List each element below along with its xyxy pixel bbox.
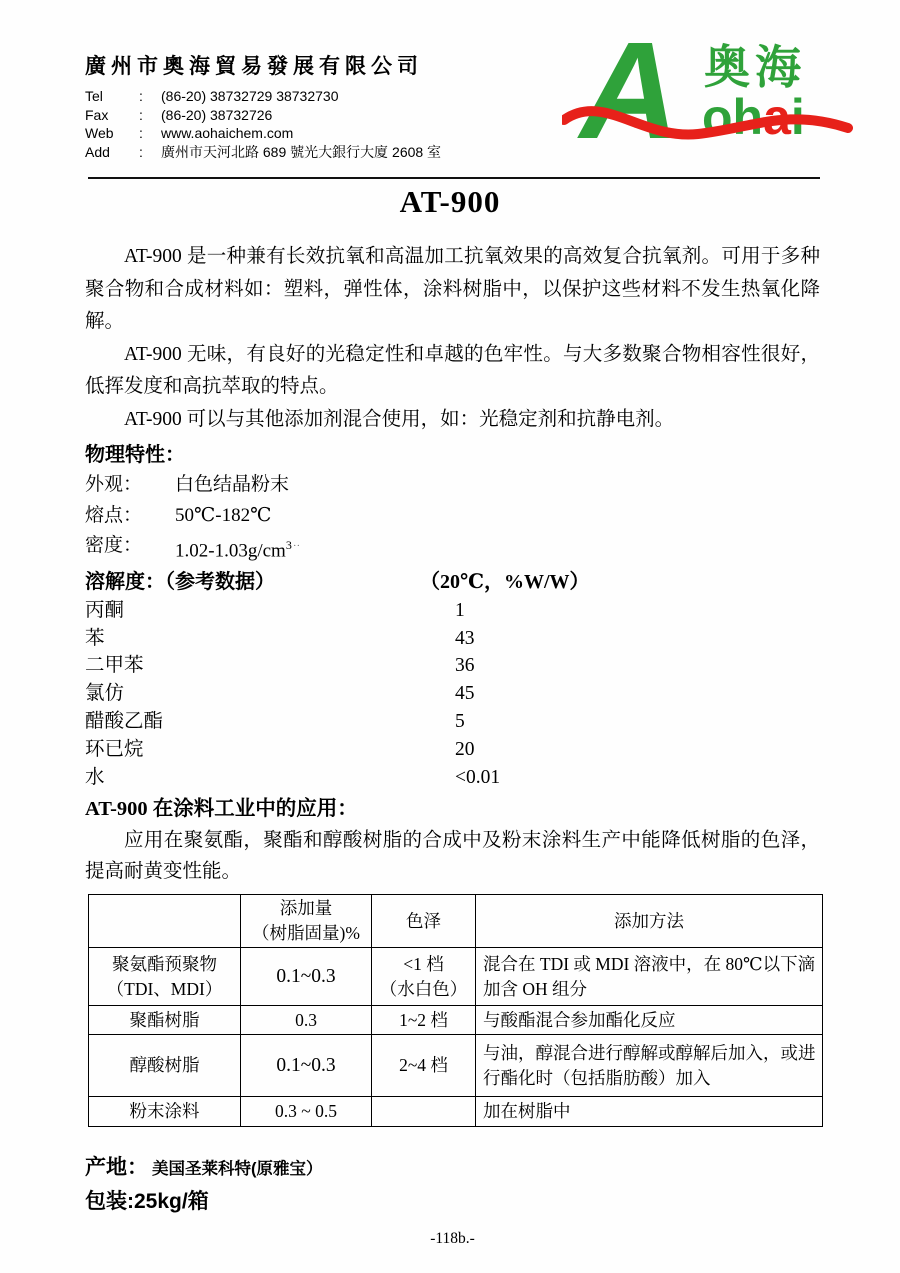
solubility-value: <0.01: [455, 764, 500, 792]
header-cell-empty: [89, 895, 241, 948]
property-row-appearance: 外观： 白色结晶粉末: [85, 470, 820, 501]
cell-amount: 0.1~0.3: [241, 1035, 372, 1097]
table-row-alkyd: 醇酸树脂 0.1~0.3 2~4 档 与油，醇混合进行醇解或醇解后加入，或进行酯…: [89, 1035, 823, 1097]
header-cell-color: 色泽: [372, 895, 476, 948]
fax-colon: :: [139, 106, 161, 125]
swoosh-icon: [562, 90, 862, 160]
cell-method: 混合在 TDI 或 MDI 溶液中，在 80℃以下滴加含 OH 组分: [476, 948, 823, 1006]
melting-point-label: 熔点：: [85, 501, 175, 532]
cell-amount: 0.1~0.3: [241, 948, 372, 1006]
solubility-heading: 溶解度：（参考数据）: [85, 567, 420, 597]
application-table: 添加量 （树脂固量)% 色泽 添加方法 聚氨酯预聚物 （TDI、MDI） 0.1…: [88, 894, 823, 1127]
table-header-row: 添加量 （树脂固量)% 色泽 添加方法: [89, 895, 823, 948]
application-paragraph: 应用在聚氨酯，聚酯和醇酸树脂的合成中及粉末涂料生产中能降低树脂的色泽，提高耐黄变…: [85, 825, 820, 887]
address-label: Add: [85, 143, 139, 162]
origin-value: 美国圣莱科特(原雅宝）: [152, 1155, 323, 1179]
company-logo: A 奥海 ohai: [582, 48, 840, 170]
cell-resin-name: 粉末涂料: [89, 1097, 241, 1127]
appearance-value: 白色结晶粉末: [175, 470, 289, 501]
logo-chinese-text: 奥海: [704, 44, 806, 90]
solvent-name: 丙酮: [85, 597, 455, 625]
address-value: 廣州市天河北路 689 號光大銀行大廈 2608 室: [161, 143, 441, 162]
letterhead: 廣州市奧海貿易發展有限公司 Tel : (86-20) 38732729 387…: [0, 0, 900, 161]
page-number: -118b.-: [85, 1230, 820, 1248]
solubility-value: 43: [455, 625, 475, 653]
solubility-row-benzene: 苯 43: [85, 625, 820, 653]
document-body: AT-900 是一种兼有长效抗氧和高温加工抗氧效果的高效复合抗氧剂。可用于多种聚…: [0, 241, 900, 1248]
cell-resin-name: 聚氨酯预聚物 （TDI、MDI）: [89, 948, 241, 1006]
table-row-polyester: 聚酯树脂 0.3 1~2 档 与酸酯混合参加酯化反应: [89, 1006, 823, 1035]
solvent-name: 苯: [85, 625, 455, 653]
cell-color: <1 档 （水白色）: [372, 948, 476, 1006]
fax-label: Fax: [85, 106, 139, 125]
intro-paragraph-3: AT-900 可以与其他添加剂混合使用，如：光稳定剂和抗静电剂。: [85, 404, 820, 437]
density-dots: ··: [293, 540, 300, 552]
cell-method: 与油，醇混合进行醇解或醇解后加入，或进行酯化时（包括脂肪酸）加入: [476, 1035, 823, 1097]
table-row-polyurethane: 聚氨酯预聚物 （TDI、MDI） 0.1~0.3 <1 档 （水白色） 混合在 …: [89, 948, 823, 1006]
density-value: 1.02-1.03g/cm3··: [175, 531, 300, 567]
cell-amount: 0.3 ~ 0.5: [241, 1097, 372, 1127]
physical-properties-heading: 物理特性：: [85, 440, 820, 470]
solubility-row-ethyl-acetate: 醋酸乙酯 5: [85, 708, 820, 736]
web-colon: :: [139, 124, 161, 143]
solvent-name: 二甲苯: [85, 652, 455, 680]
property-row-melting-point: 熔点： 50℃-182℃: [85, 501, 820, 532]
cell-amount: 0.3: [241, 1006, 372, 1035]
solvent-name: 环已烷: [85, 736, 455, 764]
cell-method: 与酸酯混合参加酯化反应: [476, 1006, 823, 1035]
solubility-row-acetone: 丙酮 1: [85, 597, 820, 625]
cell-color: 1~2 档: [372, 1006, 476, 1035]
solubility-row-xylene: 二甲苯 36: [85, 652, 820, 680]
melting-point-value: 50℃-182℃: [175, 501, 271, 532]
intro-section: AT-900 是一种兼有长效抗氧和高温加工抗氧效果的高效复合抗氧剂。可用于多种聚…: [85, 241, 820, 436]
cell-method: 加在树脂中: [476, 1097, 823, 1127]
solubility-value: 5: [455, 708, 465, 736]
density-superscript: 3: [286, 538, 292, 552]
solubility-value: 1: [455, 597, 465, 625]
property-row-density: 密度： 1.02-1.03g/cm3··: [85, 531, 820, 567]
table-row-powder-coating: 粉末涂料 0.3 ~ 0.5 加在树脂中: [89, 1097, 823, 1127]
web-url: www.aohaichem.com: [161, 124, 293, 143]
fax-value: (86-20) 38732726: [161, 106, 272, 125]
intro-paragraph-2: AT-900 无味，有良好的光稳定性和卓越的色牢性。与大多数聚合物相容性很好，低…: [85, 339, 820, 404]
document-page: 廣州市奧海貿易發展有限公司 Tel : (86-20) 38732729 387…: [0, 0, 900, 1273]
intro-paragraph-1: AT-900 是一种兼有长效抗氧和高温加工抗氧效果的高效复合抗氧剂。可用于多种聚…: [85, 241, 820, 339]
appearance-label: 外观：: [85, 470, 175, 501]
density-label: 密度：: [85, 531, 175, 567]
tel-label: Tel: [85, 87, 139, 106]
cell-color: 2~4 档: [372, 1035, 476, 1097]
solubility-row-chloroform: 氯仿 45: [85, 680, 820, 708]
solvent-name: 水: [85, 764, 455, 792]
address-colon: :: [139, 143, 161, 162]
packing-line: 包装:25kg/箱: [85, 1187, 820, 1217]
cell-resin-name: 醇酸树脂: [89, 1035, 241, 1097]
web-label: Web: [85, 124, 139, 143]
cell-color: [372, 1097, 476, 1127]
solubility-row-cyclohexane: 环已烷 20: [85, 736, 820, 764]
solubility-value: 45: [455, 680, 475, 708]
application-section-heading: AT-900 在涂料工业中的应用：: [85, 794, 820, 825]
header-divider: [88, 177, 820, 179]
solvent-name: 氯仿: [85, 680, 455, 708]
origin-label: 产地：: [85, 1153, 148, 1183]
solubility-value: 36: [455, 652, 475, 680]
solubility-conditions: （20℃，%W/W）: [420, 568, 590, 597]
header-cell-method: 添加方法: [476, 895, 823, 948]
solvent-name: 醋酸乙酯: [85, 708, 455, 736]
tel-value: (86-20) 38732729 38732730: [161, 87, 339, 106]
tel-colon: :: [139, 87, 161, 106]
header-cell-amount: 添加量 （树脂固量)%: [241, 895, 372, 948]
solubility-heading-row: 溶解度：（参考数据） （20℃，%W/W）: [85, 567, 820, 597]
page-title: AT-900: [0, 184, 900, 220]
origin-line: 产地： 美国圣莱科特(原雅宝）: [85, 1153, 820, 1183]
solubility-value: 20: [455, 736, 475, 764]
solubility-row-water: 水 <0.01: [85, 764, 820, 792]
cell-resin-name: 聚酯树脂: [89, 1006, 241, 1035]
